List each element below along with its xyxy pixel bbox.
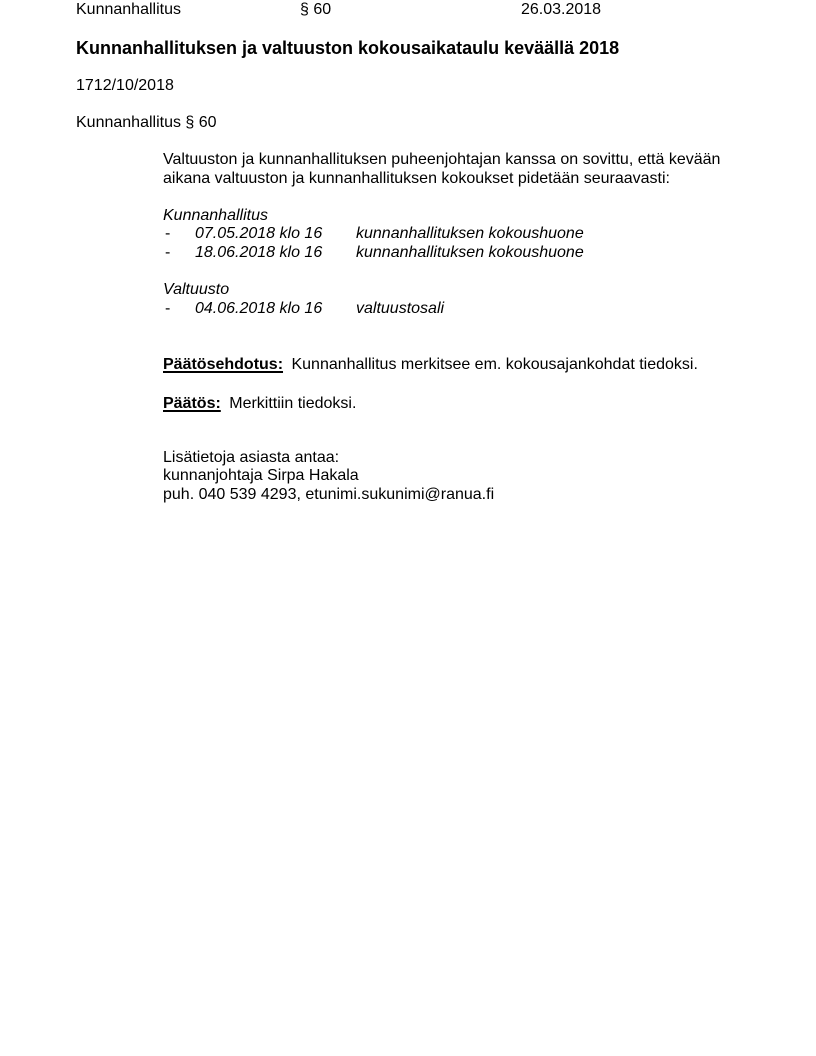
contact-line-2: kunnanjohtaja Sirpa Hakala — [163, 466, 359, 485]
intro-line-1: Valtuuston ja kunnanhallituksen puheenjo… — [163, 150, 720, 169]
record-id: 1712/10/2018 — [76, 76, 174, 95]
header-date: 26.03.2018 — [521, 0, 601, 19]
intro-line-2: aikana valtuuston ja kunnanhallituksen k… — [163, 169, 670, 188]
meeting-date: 07.05.2018 klo 16 — [195, 224, 322, 243]
list-bullet: - — [165, 224, 170, 243]
meeting-location: valtuustosali — [356, 299, 444, 318]
proposal-text: Kunnanhallitus merkitsee em. kokousajank… — [291, 356, 697, 373]
list-bullet: - — [165, 243, 170, 262]
decision-label: Päätös: — [163, 395, 221, 412]
contact-line-3: puh. 040 539 4293, etunimi.sukunimi@ranu… — [163, 485, 494, 504]
decision-text: Merkittiin tiedoksi. — [229, 395, 356, 412]
page-title: Kunnanhallituksen ja valtuuston kokousai… — [76, 37, 619, 59]
group-heading-valtuusto: Valtuusto — [163, 280, 229, 299]
meeting-location: kunnanhallituksen kokoushuone — [356, 243, 584, 262]
header-section: § 60 — [300, 0, 331, 19]
list-bullet: - — [165, 299, 170, 318]
header-organ: Kunnanhallitus — [76, 0, 181, 19]
contact-line-1: Lisätietoja asiasta antaa: — [163, 448, 339, 467]
proposal-label: Päätösehdotus: — [163, 356, 283, 373]
proposal: Päätösehdotus: Kunnanhallitus merkitsee … — [163, 355, 698, 374]
meeting-date: 18.06.2018 klo 16 — [195, 243, 322, 262]
meeting-ref: Kunnanhallitus § 60 — [76, 113, 217, 132]
decision: Päätös: Merkittiin tiedoksi. — [163, 394, 356, 413]
meeting-location: kunnanhallituksen kokoushuone — [356, 224, 584, 243]
group-heading-kunnanhallitus: Kunnanhallitus — [163, 206, 268, 225]
meeting-date: 04.06.2018 klo 16 — [195, 299, 322, 318]
